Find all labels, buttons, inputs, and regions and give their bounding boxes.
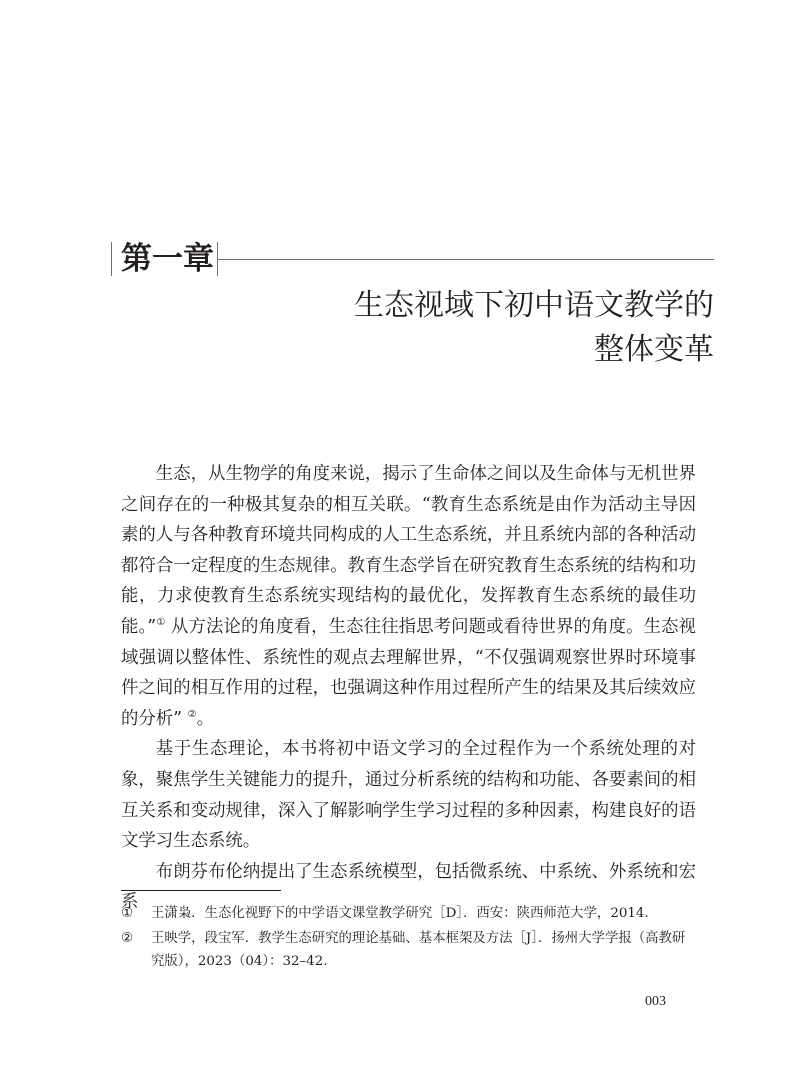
footnote-divider — [121, 890, 281, 891]
chapter-title: 生态视域下初中语文教学的 整体变革 — [354, 284, 714, 372]
footnotes: ① 王潇枭．生态化视野下的中学语文课堂教学研究［D］．西安：陕西师范大学，201… — [121, 902, 698, 975]
chapter-bar-left — [111, 242, 112, 276]
chapter-title-line-1: 生态视域下初中语文教学的 — [354, 284, 714, 328]
footnote-marker: ② — [121, 927, 133, 950]
page-number: 003 — [645, 994, 666, 1010]
footnote-1: ① 王潇枭．生态化视野下的中学语文课堂教学研究［D］．西安：陕西师范大学，201… — [121, 902, 698, 925]
footnote-marker: ① — [121, 902, 133, 925]
paragraph-1: 生态，从生物学的角度来说，揭示了生命体之间以及生命体与无机世界之间存在的一种极其… — [121, 459, 696, 734]
body-text: 生态，从生物学的角度来说，揭示了生命体之间以及生命体与无机世界之间存在的一种极其… — [121, 459, 696, 918]
chapter-rule — [218, 259, 714, 260]
footnote-text: 王映学，段宝军．教学生态研究的理论基础、基本框架及方法［J］．扬州大学学报（高教… — [151, 931, 685, 969]
chapter-title-line-2: 整体变革 — [354, 328, 714, 372]
chapter-label: 第一章 — [121, 240, 214, 278]
footnote-ref-2[interactable]: ② — [188, 709, 197, 720]
paragraph-1-text-c: 。 — [197, 709, 214, 729]
footnote-text: 王潇枭．生态化视野下的中学语文课堂教学研究［D］．西安：陕西师范大学，2014. — [151, 906, 649, 921]
paragraph-2: 基于生态理论，本书将初中语文学习的全过程作为一个系统处理的对象，聚焦学生关键能力… — [121, 734, 696, 856]
chapter-header: 第一章 — [111, 240, 714, 280]
paragraph-1-text-a: 生态，从生物学的角度来说，揭示了生命体之间以及生命体与无机世界之间存在的一种极其… — [121, 464, 696, 637]
footnote-2: ② 王映学，段宝军．教学生态研究的理论基础、基本框架及方法［J］．扬州大学学报（… — [121, 927, 698, 973]
